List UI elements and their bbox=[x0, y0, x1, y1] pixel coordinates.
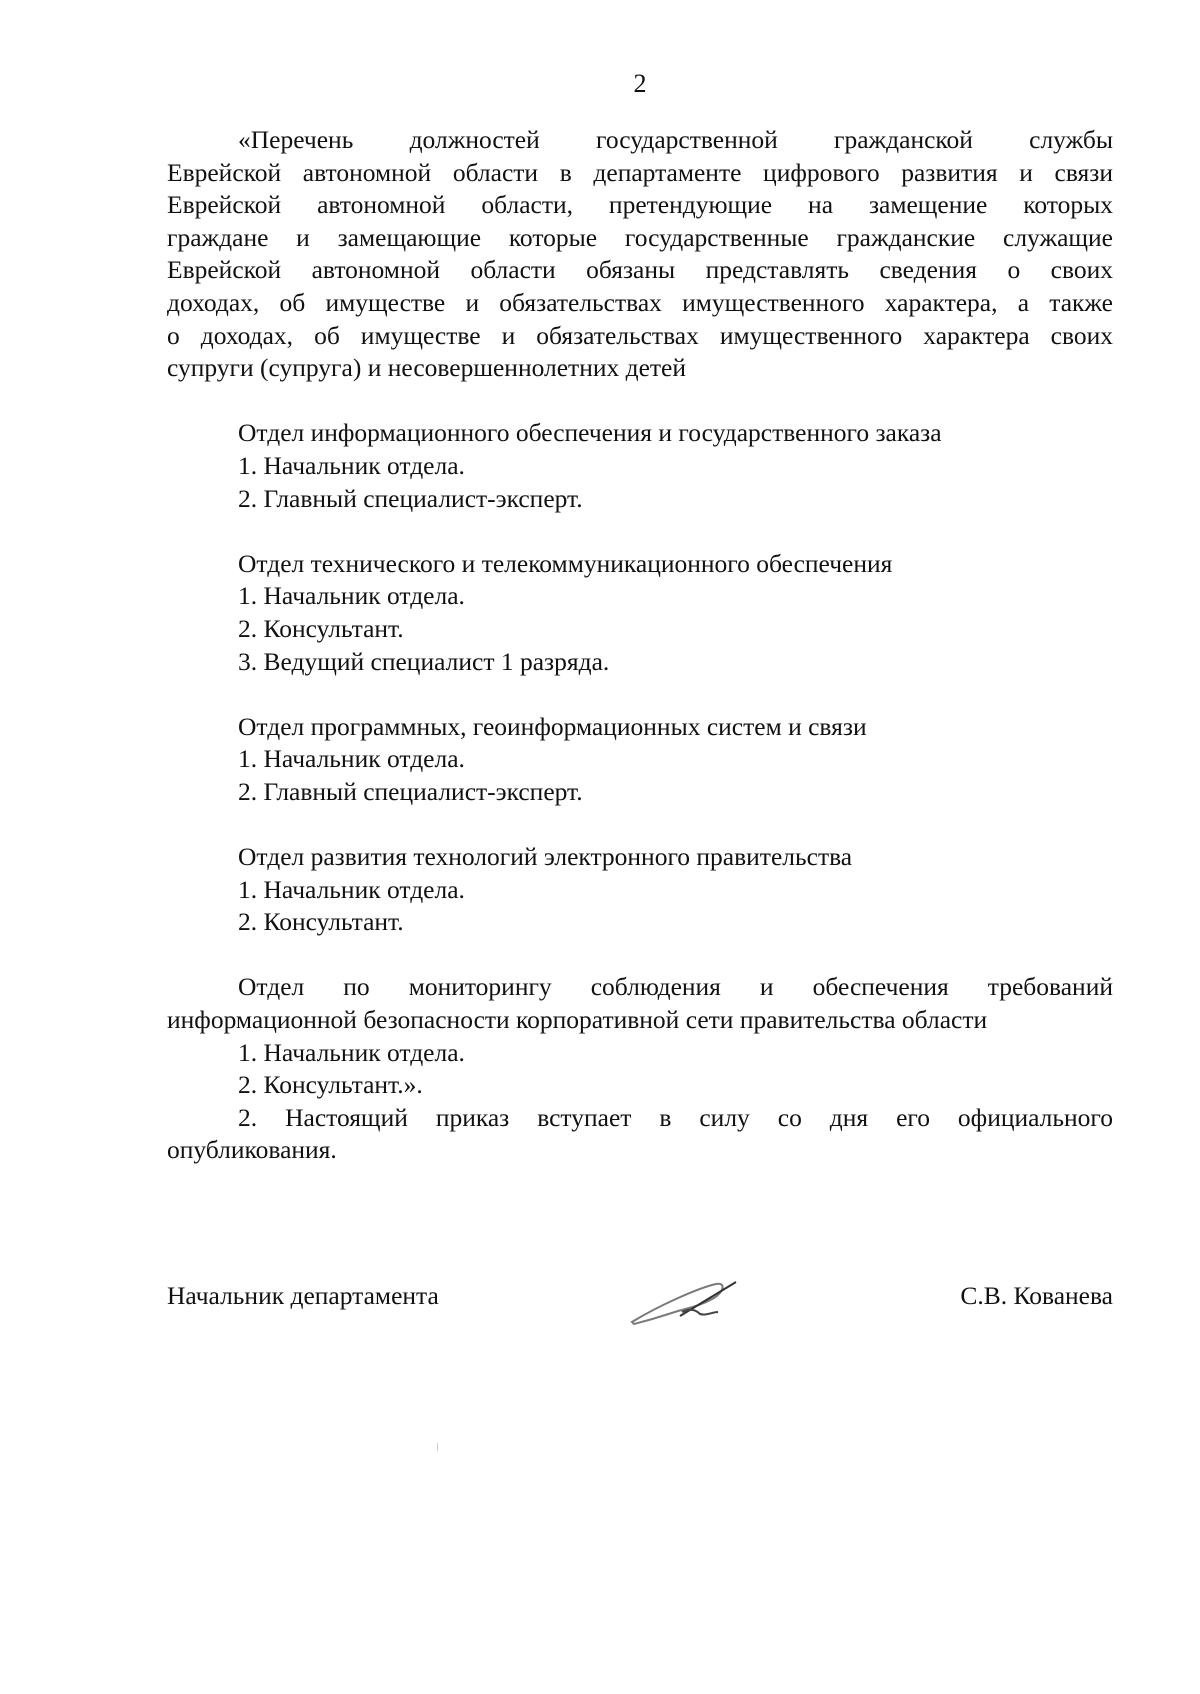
preamble-line: Еврейской автономной области обязаны пре… bbox=[167, 254, 1113, 287]
position-item: 2. Консультант. bbox=[167, 613, 1113, 646]
department-title: Отдел развития технологий электронного п… bbox=[167, 841, 1113, 874]
preamble-paragraph: «Перечень должностей государственной гра… bbox=[167, 124, 1113, 385]
signatory-title: Начальник департамента bbox=[167, 1280, 439, 1312]
position-item: 2. Главный специалист-эксперт. bbox=[167, 483, 1113, 516]
department-title: Отдел по мониторингу соблюдения и обеспе… bbox=[167, 971, 1113, 1004]
preamble-line: граждане и замещающие которые государств… bbox=[167, 222, 1113, 255]
position-item: 2. Консультант. bbox=[167, 906, 1113, 939]
position-item: 1. Начальник отдела. bbox=[167, 580, 1113, 613]
clause-line: опубликования. bbox=[167, 1134, 1113, 1167]
handwritten-signature-icon bbox=[628, 1276, 748, 1336]
position-item: 2. Главный специалист-эксперт. bbox=[167, 776, 1113, 809]
clause-line: 2. Настоящий приказ вступает в силу со д… bbox=[167, 1102, 1113, 1135]
preamble-line: доходах, об имуществе и обязательствах и… bbox=[167, 287, 1113, 320]
department-section: Отдел технического и телекоммуникационно… bbox=[167, 548, 1113, 678]
position-item: 1. Начальник отдела. bbox=[167, 450, 1113, 483]
department-title: Отдел программных, геоинформационных сис… bbox=[167, 711, 1113, 744]
clause-2-paragraph: 2. Настоящий приказ вступает в силу со д… bbox=[167, 1102, 1113, 1167]
department-title: Отдел технического и телекоммуникационно… bbox=[167, 548, 1113, 581]
preamble-line: Еврейской автономной области в департаме… bbox=[167, 157, 1113, 190]
preamble-line: Еврейской автономной области, претендующ… bbox=[167, 189, 1113, 222]
spacer bbox=[167, 808, 1113, 841]
preamble-line: «Перечень должностей государственной гра… bbox=[167, 124, 1113, 157]
document-body: «Перечень должностей государственной гра… bbox=[167, 124, 1113, 1167]
position-item: 1. Начальник отдела. bbox=[167, 743, 1113, 776]
position-item: 3. Ведущий специалист 1 разряда. bbox=[167, 646, 1113, 679]
spacer bbox=[167, 939, 1113, 972]
department-title-continued: информационной безопасности корпоративно… bbox=[167, 1004, 1113, 1037]
signatory-name: С.В. Кованева bbox=[960, 1280, 1113, 1312]
signature-block: Начальник департамента С.В. Кованева bbox=[167, 1280, 1113, 1340]
department-section: Отдел развития технологий электронного п… bbox=[167, 841, 1113, 939]
spacer bbox=[167, 678, 1113, 711]
spacer bbox=[167, 515, 1113, 548]
preamble-line: о доходах, об имуществе и обязательствах… bbox=[167, 320, 1113, 353]
position-item: 1. Начальник отдела. bbox=[167, 1037, 1113, 1070]
position-item: 2. Консультант.». bbox=[167, 1069, 1113, 1102]
scan-artifact bbox=[437, 1443, 438, 1451]
department-title: Отдел информационного обеспечения и госу… bbox=[167, 417, 1113, 450]
department-section: Отдел информационного обеспечения и госу… bbox=[167, 417, 1113, 515]
department-section: Отдел программных, геоинформационных сис… bbox=[167, 711, 1113, 809]
preamble-line: супруги (супруга) и несовершеннолетних д… bbox=[167, 352, 1113, 385]
position-item: 1. Начальник отдела. bbox=[167, 874, 1113, 907]
page-number: 2 bbox=[0, 68, 1200, 100]
department-section: Отдел по мониторингу соблюдения и обеспе… bbox=[167, 971, 1113, 1101]
spacer bbox=[167, 385, 1113, 418]
